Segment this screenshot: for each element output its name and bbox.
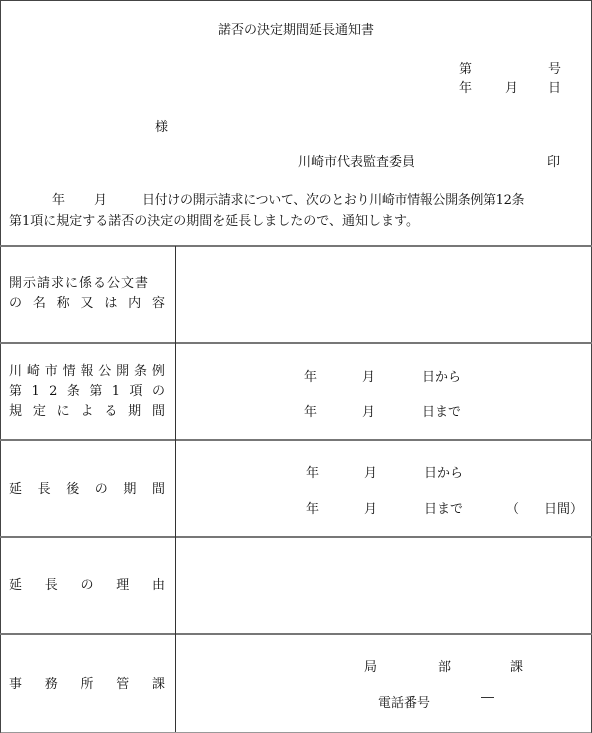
- body-month: 月: [94, 189, 107, 208]
- period-to-day: 日まで: [422, 401, 461, 420]
- seal-mark: 印: [547, 151, 560, 170]
- dept-division: 部: [438, 656, 451, 675]
- row-divider: [0, 439, 592, 441]
- addressee-suffix: 様: [155, 116, 168, 135]
- extended-to-month: 月: [364, 498, 377, 517]
- phone-label: 電話番号: [378, 692, 430, 711]
- document-title: 諾否の決定期間延長通知書: [0, 19, 592, 38]
- label-line: 開示請求に係る公文書: [9, 274, 165, 294]
- period-to-month: 月: [362, 401, 375, 420]
- date-month: 月: [505, 77, 518, 96]
- date-day: 日: [548, 77, 561, 96]
- extension-reason-field[interactable]: [176, 538, 591, 633]
- label-line: 川崎市情報公開条例: [9, 362, 165, 382]
- period-from-year: 年: [304, 366, 317, 385]
- label-line: 延長の理由: [9, 576, 165, 596]
- period-from-month: 月: [362, 366, 375, 385]
- period-to-year: 年: [304, 401, 317, 420]
- label-responsible-section: 事務所管課: [9, 675, 165, 695]
- label-line: 第12条第1項の: [9, 382, 165, 402]
- number-suffix: 号: [548, 58, 561, 77]
- phone-dash: ―: [481, 690, 494, 705]
- days-count-suffix: 日間）: [544, 498, 583, 517]
- document-name-field[interactable]: [176, 246, 591, 342]
- period-from-day: 日から: [422, 366, 461, 385]
- label-line: 延長後の期間: [9, 480, 165, 500]
- label-extension-reason: 延長の理由: [9, 576, 165, 596]
- number-prefix: 第: [459, 58, 472, 77]
- label-extended-period: 延長後の期間: [9, 480, 165, 500]
- label-line: の名称又は内容: [9, 294, 165, 314]
- body-text-line1: 日付けの開示請求について、次のとおり川崎市情報公開条例第12条: [142, 189, 524, 208]
- label-ordinance-period: 川崎市情報公開条例 第12条第1項の 規定による期間: [9, 362, 165, 422]
- extended-from-day: 日から: [424, 462, 463, 481]
- dept-bureau: 局: [364, 656, 377, 675]
- dept-section: 課: [510, 656, 523, 675]
- label-document-name: 開示請求に係る公文書 の名称又は内容: [9, 274, 165, 314]
- date-year: 年: [459, 77, 472, 96]
- extended-to-day: 日まで: [424, 498, 463, 517]
- row-divider: [0, 633, 592, 635]
- sender-name: 川崎市代表監査委員: [298, 151, 415, 170]
- label-line: 規定による期間: [9, 402, 165, 422]
- body-year: 年: [52, 189, 65, 208]
- days-open-paren: （: [506, 498, 519, 517]
- extended-from-month: 月: [364, 462, 377, 481]
- extended-from-year: 年: [306, 462, 319, 481]
- extended-to-year: 年: [306, 498, 319, 517]
- body-text-line2: 第1項に規定する諾否の決定の期間を延長しましたので、通知します。: [9, 210, 419, 229]
- label-line: 事務所管課: [9, 675, 165, 695]
- row-divider: [0, 342, 592, 344]
